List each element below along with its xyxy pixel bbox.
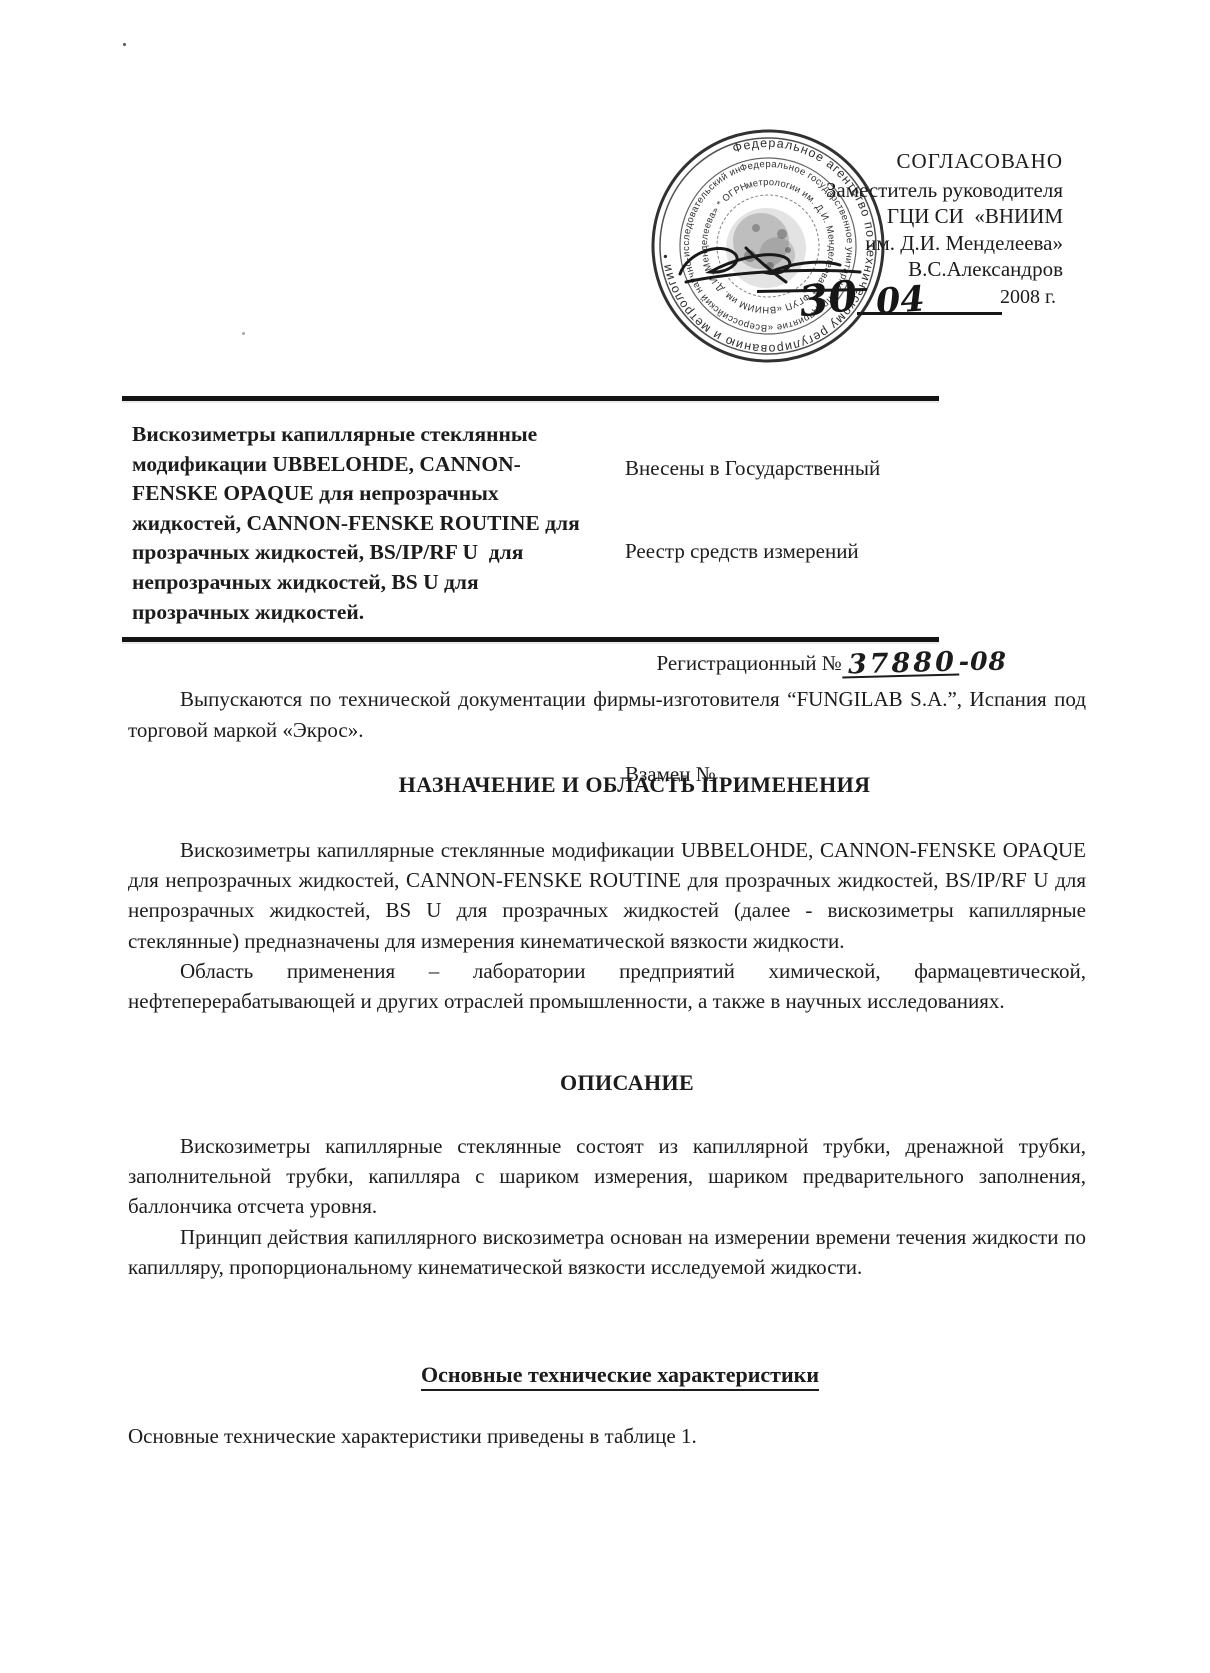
document-title: Вискозиметры капиллярные стеклянные моди… bbox=[132, 420, 612, 627]
registry-line: Реестр средств измерений bbox=[625, 538, 1095, 566]
handwritten-registry-suffix: -08 bbox=[959, 647, 1007, 676]
approver-organization-line: ГЦИ СИ «ВНИИМ bbox=[660, 203, 1063, 230]
paragraph: Область применения – лаборатории предпри… bbox=[128, 956, 1086, 1016]
section-heading-specs: Основные технические характеристики bbox=[154, 1362, 1086, 1388]
date-blank-line bbox=[857, 312, 1002, 315]
section-heading-purpose: НАЗНАЧЕНИЕ И ОБЛАСТЬ ПРИМЕНЕНИЯ bbox=[183, 772, 1086, 798]
registry-number-label: Регистрационный № bbox=[657, 651, 842, 675]
paragraph: Вискозиметры капиллярные стеклянные моди… bbox=[128, 835, 1086, 956]
approver-name: В.С.Александров bbox=[660, 256, 1063, 283]
specs-intro-paragraph: Основные технические характеристики прив… bbox=[128, 1421, 1086, 1451]
section-description-text: Вискозиметры капиллярные стеклянные сост… bbox=[128, 1131, 1086, 1282]
approved-label: СОГЛАСОВАНО bbox=[660, 148, 1063, 175]
scan-speck bbox=[242, 332, 245, 335]
section-heading-description: ОПИСАНИЕ bbox=[168, 1070, 1086, 1096]
title-rule-bottom bbox=[122, 637, 939, 642]
registry-line: Внесены в Государственный bbox=[625, 455, 1095, 483]
approver-organization-line: им. Д.И. Менделеева» bbox=[660, 230, 1063, 257]
paragraph: Вискозиметры капиллярные стеклянные сост… bbox=[128, 1131, 1086, 1222]
section-heading-specs-text: Основные технические характеристики bbox=[421, 1362, 819, 1391]
intro-paragraph: Выпускаются по технической документации … bbox=[128, 684, 1086, 746]
scan-speck bbox=[123, 43, 126, 46]
approval-block: СОГЛАСОВАНО Заместитель руководителя ГЦИ… bbox=[660, 148, 1063, 283]
handwritten-day: 30 bbox=[796, 271, 860, 327]
paragraph: Принцип действия капиллярного вискозимет… bbox=[128, 1222, 1086, 1282]
intro-section: Выпускаются по технической документации … bbox=[128, 684, 1086, 746]
approver-position-line: Заместитель руководителя bbox=[660, 177, 1063, 204]
handwritten-month: 04 bbox=[875, 278, 926, 322]
approval-year: 2008 г. bbox=[1000, 286, 1056, 309]
section-purpose-text: Вискозиметры капиллярные стеклянные моди… bbox=[128, 835, 1086, 1016]
handwritten-registry-number: 37880 bbox=[841, 651, 959, 679]
document-page: Федеральное агентство по техническому ре… bbox=[0, 0, 1210, 1673]
